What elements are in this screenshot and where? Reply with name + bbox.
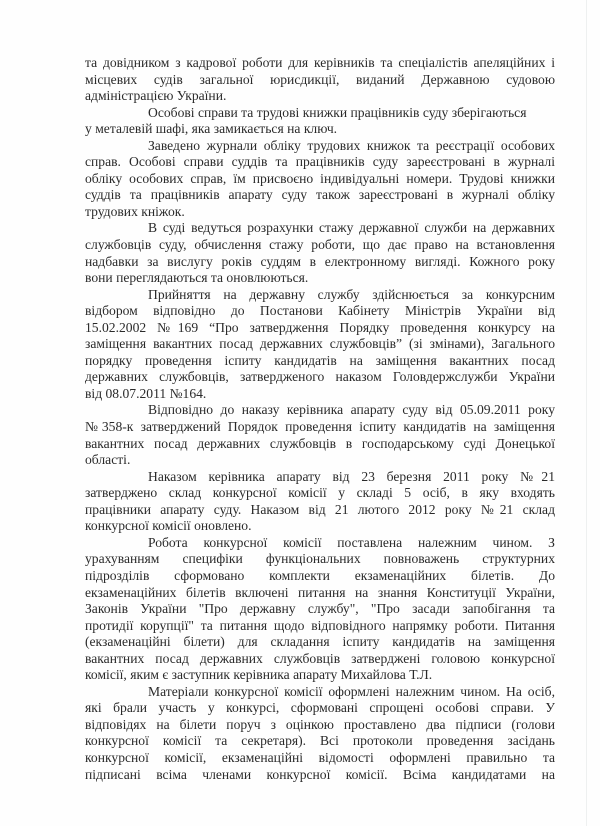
text-line: №358-к затверджений Порядок проведення і… (85, 419, 555, 436)
text-line: підрозділів сформовано комплекти екзамен… (85, 568, 555, 585)
text-line: обліку особових справ, їм присвоєно інди… (85, 171, 555, 188)
paragraph-p4: Прийняття на державну службу здійснюєтьс… (85, 287, 555, 403)
text-line: Заведено журнали обліку трудових книжок … (85, 138, 555, 155)
paragraph-p1: Особові справи та трудові книжки працівн… (85, 105, 555, 138)
text-line: суддів та працівників апарату суду також… (85, 187, 555, 204)
text-line: (екзаменаційні білети) для складання ісп… (85, 634, 555, 651)
text-line: які брали участь у конкурсі, сформовані … (85, 700, 555, 717)
paragraph-p2: Заведено журнали обліку трудових книжок … (85, 138, 555, 221)
text-line: урахуванням специфіки функціональних пов… (85, 551, 555, 568)
paragraph-p8: Матеріали конкурсної комісії оформлені н… (85, 684, 555, 783)
text-line: Законів України "Про державну службу", "… (85, 601, 555, 618)
text-line: вакантних посад державних службовців в г… (85, 436, 555, 453)
text-line: Робота конкурсної комісії поставлена нал… (85, 535, 555, 552)
text-line: заміщення вакантних посад державних служ… (85, 336, 555, 353)
text-line: надбавки за вислугу років суддям в елект… (85, 254, 555, 271)
text-line: В суді ведуться розрахунки стажу державн… (85, 220, 555, 237)
text-line: вони переглядаються та оновлюються. (85, 270, 555, 287)
text-line: трудових кніжок. (85, 204, 555, 221)
text-line: у металевій шафі, яка замикається на клю… (85, 121, 555, 138)
text-line: відповідях на білети поруч з оцінкою про… (85, 717, 555, 734)
paragraph-p7: Робота конкурсної комісії поставлена нал… (85, 535, 555, 684)
text-line: вакантних посад державних службовців зат… (85, 651, 555, 668)
paragraph-p3: В суді ведуться розрахунки стажу державн… (85, 220, 555, 286)
text-line: та довідником з кадрової роботи для кері… (85, 55, 555, 72)
text-line: конкурсної комісії оновлено. (85, 518, 555, 535)
text-line: від 08.07.2011 №164. (85, 386, 555, 403)
text-line: відбором відповідно до Постанови Кабінет… (85, 303, 555, 320)
text-line: порядку проведення іспиту кандидатів на … (85, 353, 555, 370)
text-line: області. (85, 452, 555, 469)
text-line: протидії корупції" та питання щодо відпо… (85, 618, 555, 635)
text-line: місцевих судів загальної юрисдикції, вид… (85, 72, 555, 89)
text-line: Відповідно до наказу керівника апарату с… (85, 402, 555, 419)
text-line: конкурсної комісії та секретаря). Всі пр… (85, 733, 555, 750)
text-line: Прийняття на державну службу здійснюєтьс… (85, 287, 555, 304)
text-line: екзаменаційних білетів включені питання … (85, 585, 555, 602)
text-line: службовців суду, обчислення стажу роботи… (85, 237, 555, 254)
text-line: 15.02.2002 №169 “Про затвердження Порядк… (85, 320, 555, 337)
text-line: державних службовців, затвердженого нака… (85, 369, 555, 386)
scanned-document-page: та довідником з кадрової роботи для кері… (0, 0, 600, 826)
text-line: Матеріали конкурсної комісії оформлені н… (85, 684, 555, 701)
paragraph-p6: Наказом керівника апарату від 23 березня… (85, 469, 555, 535)
text-line: Наказом керівника апарату від 23 березня… (85, 469, 555, 486)
text-line: справ. Особові справи суддів та працівни… (85, 154, 555, 171)
paragraph-p0: та довідником з кадрової роботи для кері… (85, 55, 555, 105)
text-line: затверджено склад конкурсної комісії у с… (85, 485, 555, 502)
text-line: Особові справи та трудові книжки працівн… (85, 105, 555, 122)
text-line: підписані всіма членами конкурсної коміс… (85, 767, 555, 784)
text-line: адміністрацією України. (85, 88, 555, 105)
text-line: конкурсної комісії, екзаменаційні відомо… (85, 750, 555, 767)
text-line: працівники апарату суду. Наказом від 21 … (85, 502, 555, 519)
scan-edge-line (586, 0, 587, 826)
paragraph-p5: Відповідно до наказу керівника апарату с… (85, 402, 555, 468)
text-line: комісії, яким є заступник керівника апар… (85, 667, 555, 684)
document-body: та довідником з кадрової роботи для кері… (85, 55, 555, 783)
